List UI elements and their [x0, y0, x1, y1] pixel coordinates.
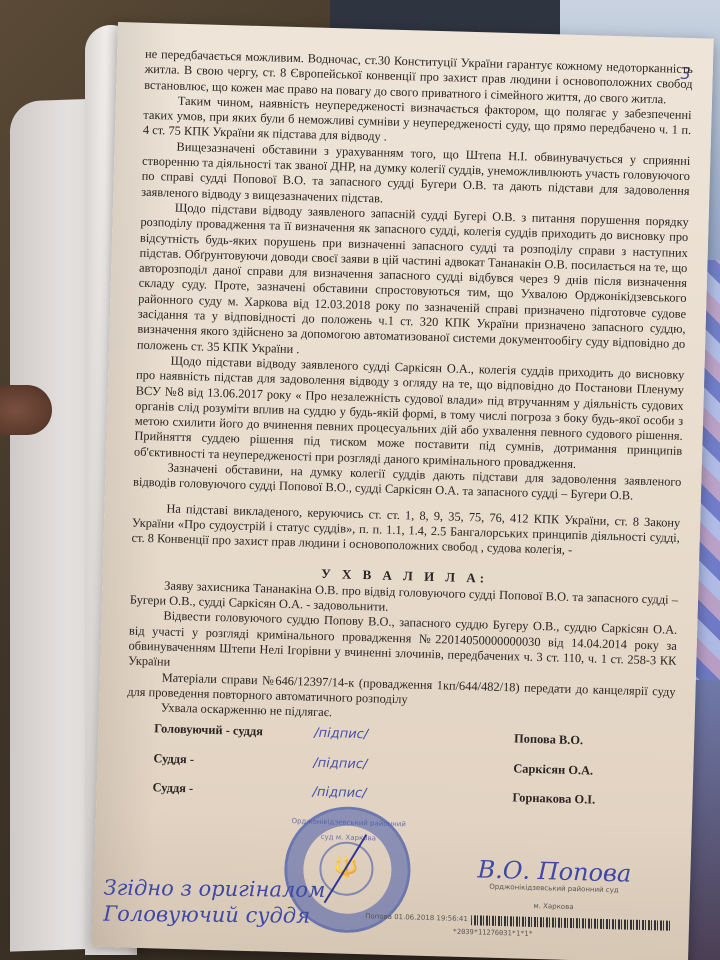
signature-mark: /підпис/ [314, 726, 404, 744]
signatures: Головуючий - суддя/підпис/Попова В.О.Суд… [124, 721, 674, 810]
signature-role: Суддя - [124, 780, 312, 801]
electronic-signature: В.О. Попова Орджонікідзевський районний … [433, 861, 674, 918]
signature-role: Головуючий - суддя [126, 721, 314, 742]
signature-mark: /підпис/ [312, 785, 402, 803]
signature-mark: /підпис/ [313, 756, 403, 774]
signature-role: Суддя - [125, 750, 313, 771]
handwritten-line: Згідно з оригіналом [103, 875, 413, 904]
paragraph: Щодо підстави відводу заявленого судді С… [134, 353, 685, 475]
signature-row: Суддя -/підпис/Горнакова О.І. [124, 780, 672, 811]
barcode-number: *2039*11276031*1*1* [452, 925, 532, 943]
document-body: не передбачається можливим. Водночас, ст… [124, 47, 693, 810]
signature-row: Суддя -/підпис/Саркісян О.А. [125, 750, 673, 781]
resolution-paragraphs: Заяву захисника Тананакіна О.В. про відв… [127, 577, 679, 730]
paragraphs: не передбачається можливим. Водночас, ст… [131, 47, 693, 562]
signature-name: Горнакова О.І. [402, 787, 595, 808]
document-page: 3 не передбачається можливим. Водночас, … [92, 22, 714, 960]
thumb [0, 385, 52, 435]
paragraph: Щодо підстави відводу заявленого запасні… [137, 200, 689, 368]
signature-name: Саркісян О.А. [403, 758, 593, 779]
signature-name: Попова В.О. [404, 729, 583, 749]
